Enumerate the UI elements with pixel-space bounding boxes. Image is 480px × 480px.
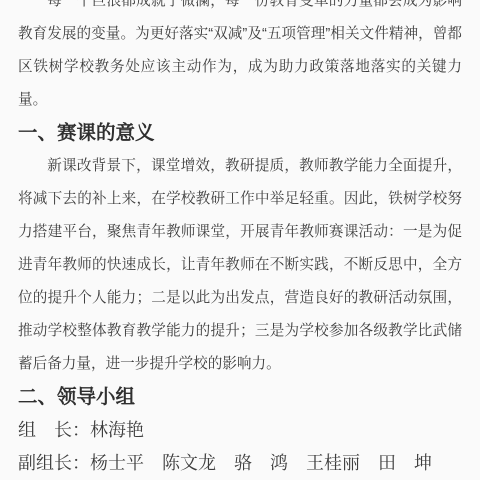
leader-label: 组 长： [18,420,90,440]
section-heading-leadership-group: 二、领导小组 [18,381,462,414]
leader-row: 组 长：林海艳 [18,414,462,447]
leader-name: 林海艳 [90,420,144,440]
deputy-names: 杨士平 陈文龙 骆 鸿 王桂丽 田 坤 [90,453,432,473]
deputy-leader-row: 副组长：杨士平 陈文龙 骆 鸿 王桂丽 田 坤 [18,447,462,480]
intro-paragraph: 每一个巨浪都成就于微澜，每一份教育变革的力量都会成为影响教育发展的变量。为更好落… [18,0,462,117]
deputy-label: 副组长： [18,453,90,473]
document-page: 每一个巨浪都成就于微澜，每一份教育变革的力量都会成为影响教育发展的变量。为更好落… [0,0,480,480]
significance-paragraph: 新课改背景下，课堂增效，教研提质，教师教学能力全面提升，将减下去的补上来，在学校… [18,150,462,381]
section-heading-contest-significance: 一、赛课的意义 [18,117,462,150]
